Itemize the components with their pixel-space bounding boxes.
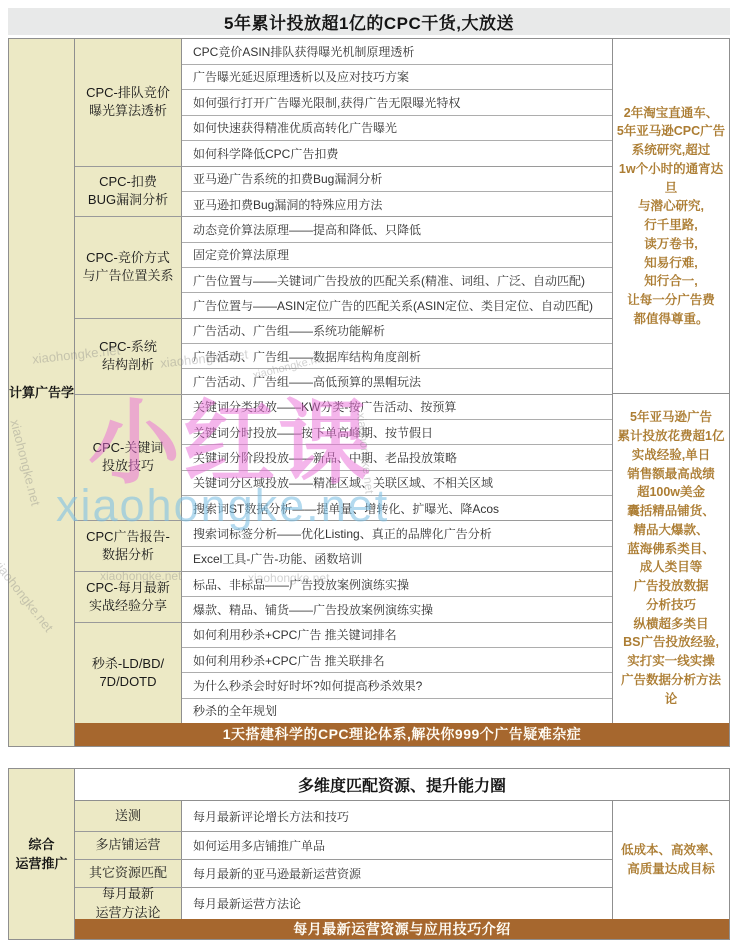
course-item: 动态竞价算法原理——提高和降低、只降低 xyxy=(182,217,612,241)
course-item: 广告位置与——关键词广告投放的匹配关系(精准、词组、广泛、自动匹配) xyxy=(182,267,612,292)
category-group: CPC广告报告- 数据分析搜索词标签分析——优化Listing、真正的品牌化广告… xyxy=(75,520,612,571)
course-item: 如何运用多店铺推广单品 xyxy=(182,832,612,859)
course-item: 搜索词ST数据分析——提单量、增转化、扩曝光、降Acos xyxy=(182,495,612,520)
table2-rows: 送测每月最新评论增长方法和技巧多店铺运营如何运用多店铺推广单品其它资源匹配每月最… xyxy=(75,801,612,919)
category-group: CPC-系统 结构剖析广告活动、广告组——系统功能解析广告活动、广告组——数据库… xyxy=(75,318,612,394)
course-item: 亚马逊广告系统的扣费Bug漏洞分析 xyxy=(182,167,612,191)
table-row: 其它资源匹配每月最新的亚马逊最新运营资源 xyxy=(75,859,612,887)
category-cell: CPC-扣费 BUG漏洞分析 xyxy=(75,167,182,217)
table1-footer-banner: 1天搭建科学的CPC理论体系,解决你999个广告疑难杂症 xyxy=(75,723,729,746)
course-item: 关键词分类投放——KW分类-按广告活动、按预算 xyxy=(182,395,612,419)
item-list: 关键词分类投放——KW分类-按广告活动、按预算关键词分时投放——按下单高峰期、按… xyxy=(182,395,612,521)
course-item: 每月最新的亚马逊最新运营资源 xyxy=(182,860,612,887)
category-cell: 送测 xyxy=(75,801,182,831)
category-cell: 其它资源匹配 xyxy=(75,860,182,887)
item-list: 亚马逊广告系统的扣费Bug漏洞分析亚马逊扣费Bug漏洞的特殊应用方法 xyxy=(182,167,612,217)
course-item: 每月最新评论增长方法和技巧 xyxy=(182,801,612,831)
course-item: 关键词分阶段投放——新品、中期、老品投放策略 xyxy=(182,444,612,469)
course-item: CPC竞价ASIN排队获得曝光机制原理透析 xyxy=(182,39,612,64)
course-item: Excel工具-广告-功能、函数培训 xyxy=(182,546,612,571)
category-group: CPC-扣费 BUG漏洞分析亚马逊广告系统的扣费Bug漏洞分析亚马逊扣费Bug漏… xyxy=(75,166,612,217)
course-item: 爆款、精品、铺货——广告投放案例演练实操 xyxy=(182,596,612,621)
table2-sidebar-label: 综合 运营推广 xyxy=(9,769,75,939)
category-cell: 多店铺运营 xyxy=(75,832,182,859)
course-item: 固定竞价算法原理 xyxy=(182,242,612,267)
table2-header: 多维度匹配资源、提升能力圈 xyxy=(75,769,729,801)
experience-note-2: 5年亚马逊广告 累计投放花费超1亿 实战经验,单日 销售额最高战绩 超100w美… xyxy=(613,394,729,723)
experience-note-1: 2年淘宝直通车、 5年亚马逊CPC广告 系统研究,超过 1w个小时的通宵达旦 与… xyxy=(613,39,729,394)
item-list: 如何利用秒杀+CPC广告 推关键词排名如何利用秒杀+CPC广告 推关联排名为什么… xyxy=(182,623,612,723)
category-cell: 秒杀-LD/BD/ 7D/DOTD xyxy=(75,623,182,723)
page-title: 5年累计投放超1亿的CPC干货,大放送 xyxy=(8,8,730,35)
course-item: 广告曝光延迟原理透析以及应对技巧方案 xyxy=(182,64,612,90)
category-group: CPC-每月最新 实战经验分享标品、非标品——广告投放案例演练实操爆款、精品、铺… xyxy=(75,571,612,622)
course-item: 如何强行打开广告曝光限制,获得广告无限曝光特权 xyxy=(182,89,612,115)
course-item: 广告活动、广告组——高低预算的黑帽玩法 xyxy=(182,368,612,393)
table2-content: 多维度匹配资源、提升能力圈 送测每月最新评论增长方法和技巧多店铺运营如何运用多店… xyxy=(75,769,729,939)
table-row: 每月最新 运营方法论每月最新运营方法论 xyxy=(75,887,612,919)
course-item: 搜索词标签分析——优化Listing、真正的品牌化广告分析 xyxy=(182,521,612,545)
item-list: CPC竞价ASIN排队获得曝光机制原理透析广告曝光延迟原理透析以及应对技巧方案如… xyxy=(182,39,612,166)
course-item: 关键词分时投放——按下单高峰期、按节假日 xyxy=(182,419,612,444)
table1-sidebar-label: 计算广告学 xyxy=(9,39,75,746)
operations-table: 综合 运营推广 多维度匹配资源、提升能力圈 送测每月最新评论增长方法和技巧多店铺… xyxy=(8,768,730,940)
table1-content: CPC-排队竞价 曝光算法透析CPC竞价ASIN排队获得曝光机制原理透析广告曝光… xyxy=(75,39,729,746)
item-list: 广告活动、广告组——系统功能解析广告活动、广告组——数据库结构角度剖析广告活动、… xyxy=(182,319,612,394)
course-item: 如何利用秒杀+CPC广告 推关联排名 xyxy=(182,647,612,672)
category-cell: CPC广告报告- 数据分析 xyxy=(75,521,182,571)
item-list: 动态竞价算法原理——提高和降低、只降低固定竞价算法原理广告位置与——关键词广告投… xyxy=(182,217,612,317)
item-list: 搜索词标签分析——优化Listing、真正的品牌化广告分析Excel工具-广告-… xyxy=(182,521,612,571)
category-group: CPC-排队竞价 曝光算法透析CPC竞价ASIN排队获得曝光机制原理透析广告曝光… xyxy=(75,39,612,166)
category-cell: CPC-每月最新 实战经验分享 xyxy=(75,572,182,622)
item-list: 标品、非标品——广告投放案例演练实操爆款、精品、铺货——广告投放案例演练实操 xyxy=(182,572,612,622)
cpc-course-table: 计算广告学 CPC-排队竞价 曝光算法透析CPC竞价ASIN排队获得曝光机制原理… xyxy=(8,38,730,747)
table-row: 送测每月最新评论增长方法和技巧 xyxy=(75,801,612,831)
course-item: 如何利用秒杀+CPC广告 推关键词排名 xyxy=(182,623,612,647)
table1-body: CPC-排队竞价 曝光算法透析CPC竞价ASIN排队获得曝光机制原理透析广告曝光… xyxy=(75,39,729,723)
category-cell: CPC-竞价方式 与广告位置关系 xyxy=(75,217,182,317)
table-row: 多店铺运营如何运用多店铺推广单品 xyxy=(75,831,612,859)
course-item: 如何快速获得精准优质高转化广告曝光 xyxy=(182,115,612,141)
course-item: 标品、非标品——广告投放案例演练实操 xyxy=(182,572,612,596)
table1-notes-column: 2年淘宝直通车、 5年亚马逊CPC广告 系统研究,超过 1w个小时的通宵达旦 与… xyxy=(612,39,729,723)
category-cell: CPC-系统 结构剖析 xyxy=(75,319,182,394)
course-item: 每月最新运营方法论 xyxy=(182,888,612,919)
table2-body: 送测每月最新评论增长方法和技巧多店铺运营如何运用多店铺推广单品其它资源匹配每月最… xyxy=(75,801,729,919)
course-item: 广告活动、广告组——系统功能解析 xyxy=(182,319,612,343)
table2-footer-banner: 每月最新运营资源与应用技巧介绍 xyxy=(75,919,729,939)
course-item: 广告位置与——ASIN定位广告的匹配关系(ASIN定位、类目定位、自动匹配) xyxy=(182,292,612,317)
course-item: 亚马逊扣费Bug漏洞的特殊应用方法 xyxy=(182,191,612,216)
category-group: 秒杀-LD/BD/ 7D/DOTD如何利用秒杀+CPC广告 推关键词排名如何利用… xyxy=(75,622,612,723)
category-cell: CPC-关键词 投放技巧 xyxy=(75,395,182,521)
course-item: 秒杀的全年规划 xyxy=(182,698,612,723)
category-cell: 每月最新 运营方法论 xyxy=(75,888,182,919)
table1-groups: CPC-排队竞价 曝光算法透析CPC竞价ASIN排队获得曝光机制原理透析广告曝光… xyxy=(75,39,612,723)
goal-note: 低成本、高效率、 高质量达成目标 xyxy=(612,801,729,919)
category-group: CPC-竞价方式 与广告位置关系动态竞价算法原理——提高和降低、只降低固定竞价算… xyxy=(75,216,612,317)
course-item: 关键词分区域投放——精准区域、关联区域、不相关区域 xyxy=(182,470,612,495)
category-cell: CPC-排队竞价 曝光算法透析 xyxy=(75,39,182,166)
category-group: CPC-关键词 投放技巧关键词分类投放——KW分类-按广告活动、按预算关键词分时… xyxy=(75,394,612,521)
course-item: 如何科学降低CPC广告扣费 xyxy=(182,140,612,166)
course-item: 广告活动、广告组——数据库结构角度剖析 xyxy=(182,343,612,368)
course-item: 为什么秒杀会时好时坏?如何提高秒杀效果? xyxy=(182,672,612,697)
